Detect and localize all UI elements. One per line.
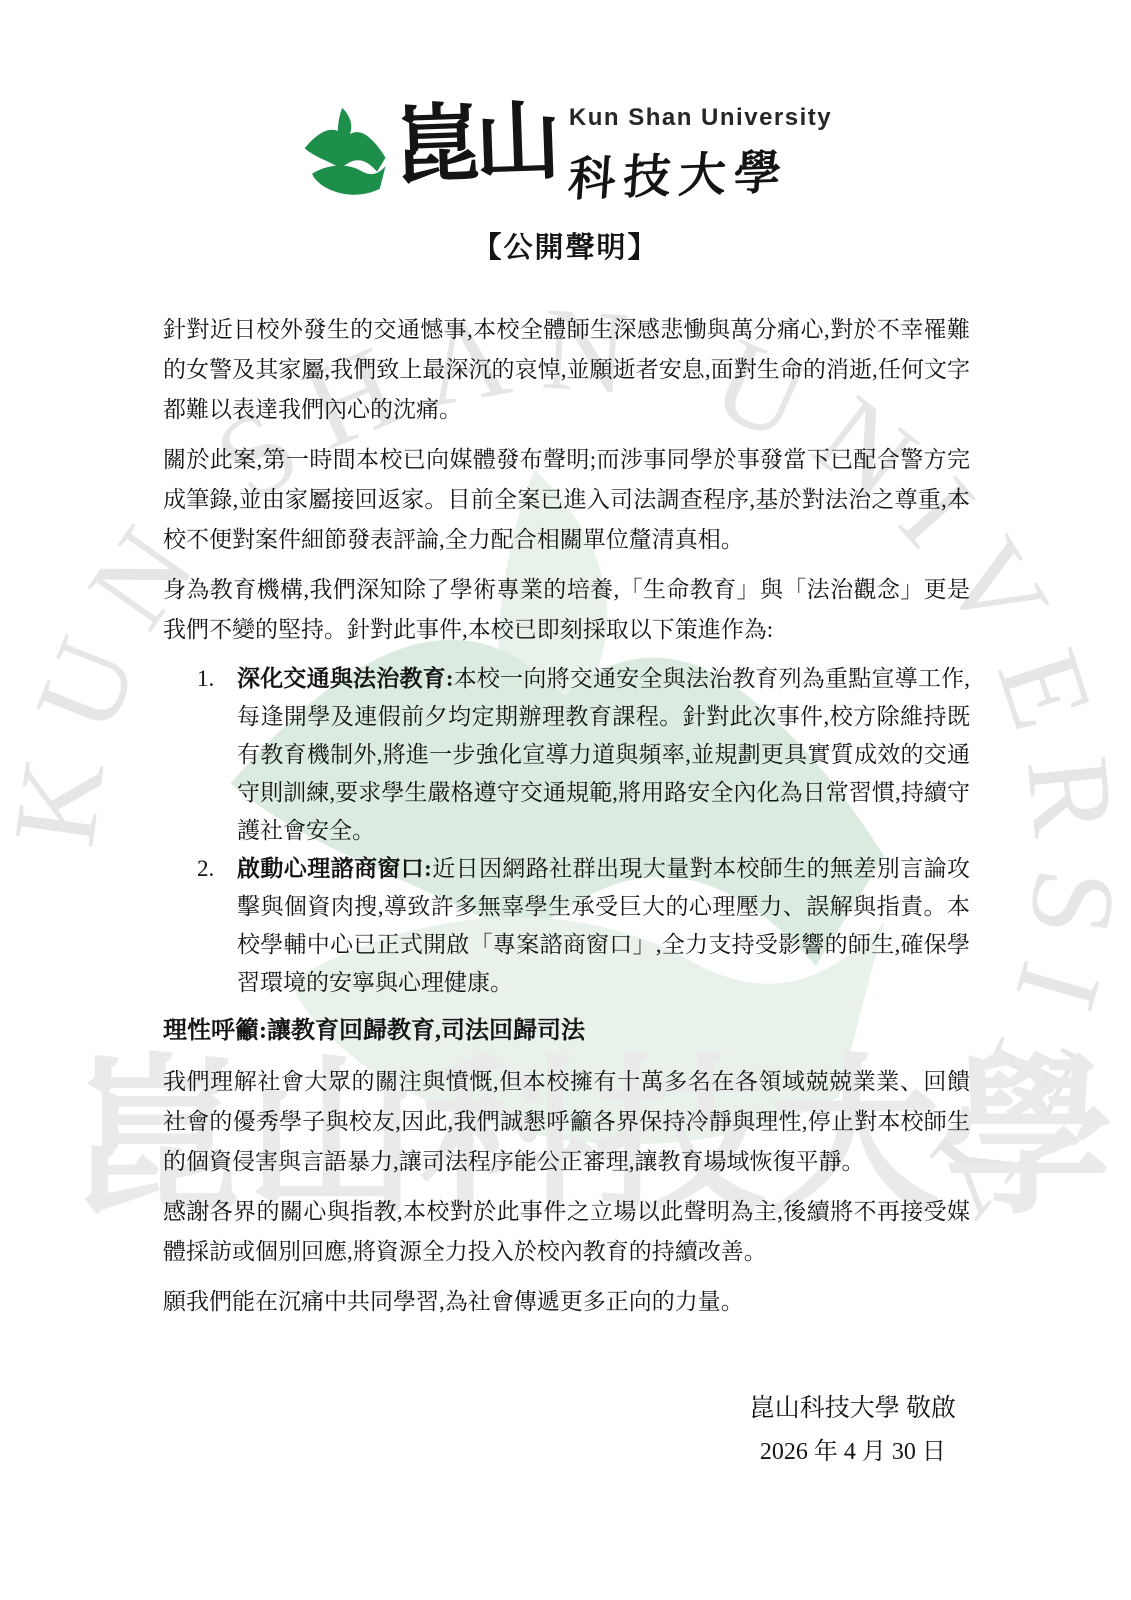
list-item-label: 深化交通與法治教育: (237, 666, 454, 691)
statement-body: 針對近日校外發生的交通憾事,本校全體師生深感悲慟與萬分痛心,對於不幸罹難的女警及… (163, 310, 970, 1472)
paragraph-media-response: 感謝各界的關心與指教,本校對於此事件之立場以此聲明為主,後續將不再接受媒體採訪或… (163, 1192, 970, 1272)
section-heading-rational-appeal: 理性呼籲:讓教育回歸教育,司法回歸司法 (163, 1014, 970, 1048)
university-logo: 崑山 Kun Shan University 科技大學 (0, 96, 1131, 216)
list-item-number: 1. (197, 660, 237, 850)
university-logo-text-column: Kun Shan University 科技大學 (569, 104, 832, 205)
paragraph-case-status: 關於此案,第一時間本校已向媒體發布聲明;而涉事同學於事發當下已配合警方完成筆錄,… (163, 440, 970, 560)
list-item-text: 本校一向將交通安全與法治教育列為重點宣導工作,每逢開學及連假前夕均定期辦理教育課… (237, 666, 970, 843)
signature-line: 崑山科技大學 敬啟 (750, 1386, 956, 1432)
university-logo-mark-icon (299, 102, 393, 204)
paragraph-final-wish: 願我們能在沉痛中共同學習,為社會傳遞更多正向的力量。 (163, 1282, 970, 1322)
list-item: 2. 啟動心理諮商窗口:近日因網路社群出現大量對本校師生的無差別言論攻擊與個資肉… (163, 850, 970, 1002)
signature-block: 崑山科技大學 敬啟 2026 年 4 月 30 日 (163, 1386, 970, 1472)
university-english-name: Kun Shan University (569, 104, 832, 132)
list-item-body: 深化交通與法治教育:本校一向將交通安全與法治教育列為重點宣導工作,每逢開學及連假… (237, 660, 970, 850)
paragraph-education-intro: 身為教育機構,我們深知除了學術專業的培養,「生命教育」與「法治觀念」更是我們不變… (163, 570, 970, 650)
public-statement-page: KUN SHAN UNIVERSITY 崑山科技大學 崑山 Kun Shan U… (0, 0, 1131, 1600)
statement-date: 2026 年 4 月 30 日 (750, 1432, 956, 1472)
paragraph-appeal: 我們理解社會大眾的關注與憤慨,但本校擁有十萬多名在各領域兢兢業業、回饋社會的優秀… (163, 1062, 970, 1182)
list-item-body: 啟動心理諮商窗口:近日因網路社群出現大量對本校師生的無差別言論攻擊與個資肉搜,導… (237, 850, 970, 1002)
university-name-suffix-calligraphy: 科技大學 (566, 133, 835, 209)
statement-title: 【公開聲明】 (0, 230, 1131, 266)
university-name-calligraphy: 崑山 (393, 93, 556, 195)
list-item-number: 2. (197, 850, 237, 1002)
list-item-label: 啟動心理諮商窗口: (237, 856, 432, 881)
signature-inner: 崑山科技大學 敬啟 2026 年 4 月 30 日 (750, 1386, 956, 1472)
paragraph-condolence: 針對近日校外發生的交通憾事,本校全體師生深感悲慟與萬分痛心,對於不幸罹難的女警及… (163, 310, 970, 430)
list-item: 1. 深化交通與法治教育:本校一向將交通安全與法治教育列為重點宣導工作,每逢開學… (163, 660, 970, 850)
action-item-list: 1. 深化交通與法治教育:本校一向將交通安全與法治教育列為重點宣導工作,每逢開學… (163, 660, 970, 1002)
